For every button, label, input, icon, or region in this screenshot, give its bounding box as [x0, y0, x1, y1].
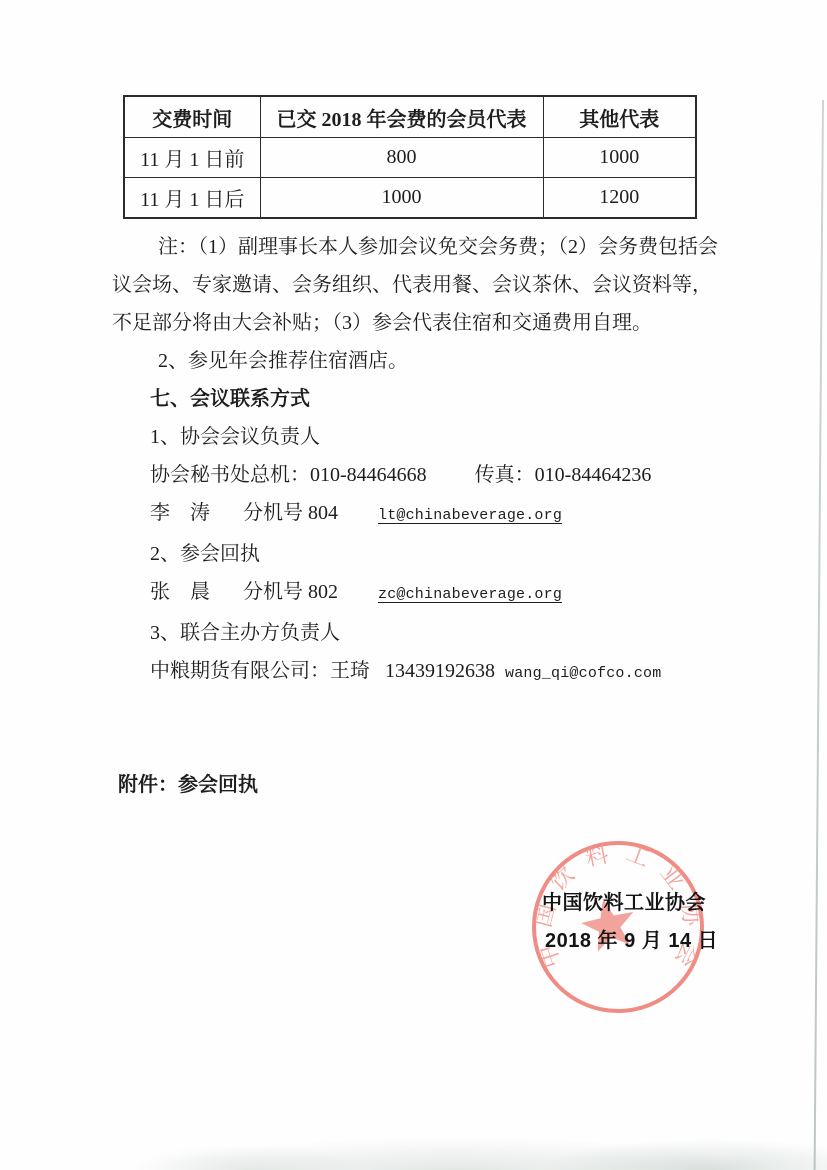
fee-table-cell: 1000	[260, 178, 543, 219]
note-line: 不足部分将由大会补贴；（3）参会代表住宿和交通费用自理。	[112, 304, 732, 342]
contact-zhang-chen-line: 张 晨分机号 802zc@chinabeverage.org	[112, 573, 732, 614]
fee-table-cell: 800	[260, 138, 543, 178]
contact-name: 李 涛	[150, 502, 210, 524]
fee-table-cell: 1200	[543, 178, 696, 219]
fee-table-header-row: 交费时间 已交 2018 年会费的会员代表 其他代表	[124, 96, 696, 138]
fee-table-cell: 11 月 1 日后	[124, 178, 260, 219]
contact-item-reply: 2、参会回执	[112, 535, 732, 573]
switchboard-number: 协会秘书处总机：010-84464668	[150, 464, 427, 486]
contact-email: lt@chinabeverage.org	[378, 507, 562, 524]
signing-date: 2018 年 9 月 14 日	[542, 922, 718, 960]
contact-extension: 分机号 804	[243, 502, 338, 524]
cohost-email: wang_qi@cofco.com	[505, 665, 661, 682]
hotel-reference-line: 2、参见年会推荐住宿酒店。	[112, 342, 732, 380]
fee-table-cell: 1000	[543, 138, 696, 178]
scan-artifact-vertical-line	[814, 100, 824, 1170]
section-heading-contact: 七、会议联系方式	[112, 380, 732, 418]
fee-table: 交费时间 已交 2018 年会费的会员代表 其他代表 11 月 1 日前 800…	[123, 95, 697, 219]
contact-name: 张 晨	[150, 581, 210, 603]
table-row: 11 月 1 日后 1000 1200	[124, 178, 696, 219]
fee-table-header-time: 交费时间	[124, 96, 260, 138]
contact-item-association: 1、协会会议负责人	[112, 418, 732, 456]
cohost-line: 中粮期货有限公司：王琦13439192638wang_qi@cofco.com	[112, 652, 732, 693]
contact-li-tao-line: 李 涛分机号 804lt@chinabeverage.org	[112, 494, 732, 535]
fee-table-header-member: 已交 2018 年会费的会员代表	[260, 96, 543, 138]
table-row: 11 月 1 日前 800 1000	[124, 138, 696, 178]
signing-organization: 中国饮料工业协会	[542, 884, 718, 922]
scanned-document-page: 交费时间 已交 2018 年会费的会员代表 其他代表 11 月 1 日前 800…	[0, 0, 827, 1170]
cohost-phone: 13439192638	[385, 660, 495, 682]
note-line: 议会场、专家邀请、会务组织、代表用餐、会议茶休、会议资料等，	[112, 266, 732, 304]
fax-number: 传真：010-84464236	[475, 464, 652, 486]
scan-artifact-bottom-smudge	[0, 1124, 827, 1170]
document-body: 注：（1）副理事长本人参加会议免交会务费；（2）会务费包括会 议会场、专家邀请、…	[112, 228, 732, 693]
contact-item-cohost: 3、联合主办方负责人	[112, 614, 732, 652]
phone-fax-line: 协会秘书处总机：010-84464668传真：010-84464236	[112, 456, 732, 494]
contact-extension: 分机号 802	[243, 581, 338, 603]
contact-email: zc@chinabeverage.org	[378, 586, 562, 603]
signature-block: 中国饮料工业协会 2018 年 9 月 14 日	[542, 884, 718, 960]
cohost-company-name: 中粮期货有限公司：王琦	[150, 660, 370, 682]
note-line: 注：（1）副理事长本人参加会议免交会务费；（2）会务费包括会	[112, 228, 732, 266]
fee-table-cell: 11 月 1 日前	[124, 138, 260, 178]
attachment-label: 附件：参会回执	[118, 766, 258, 804]
fee-table-header-other: 其他代表	[543, 96, 696, 138]
